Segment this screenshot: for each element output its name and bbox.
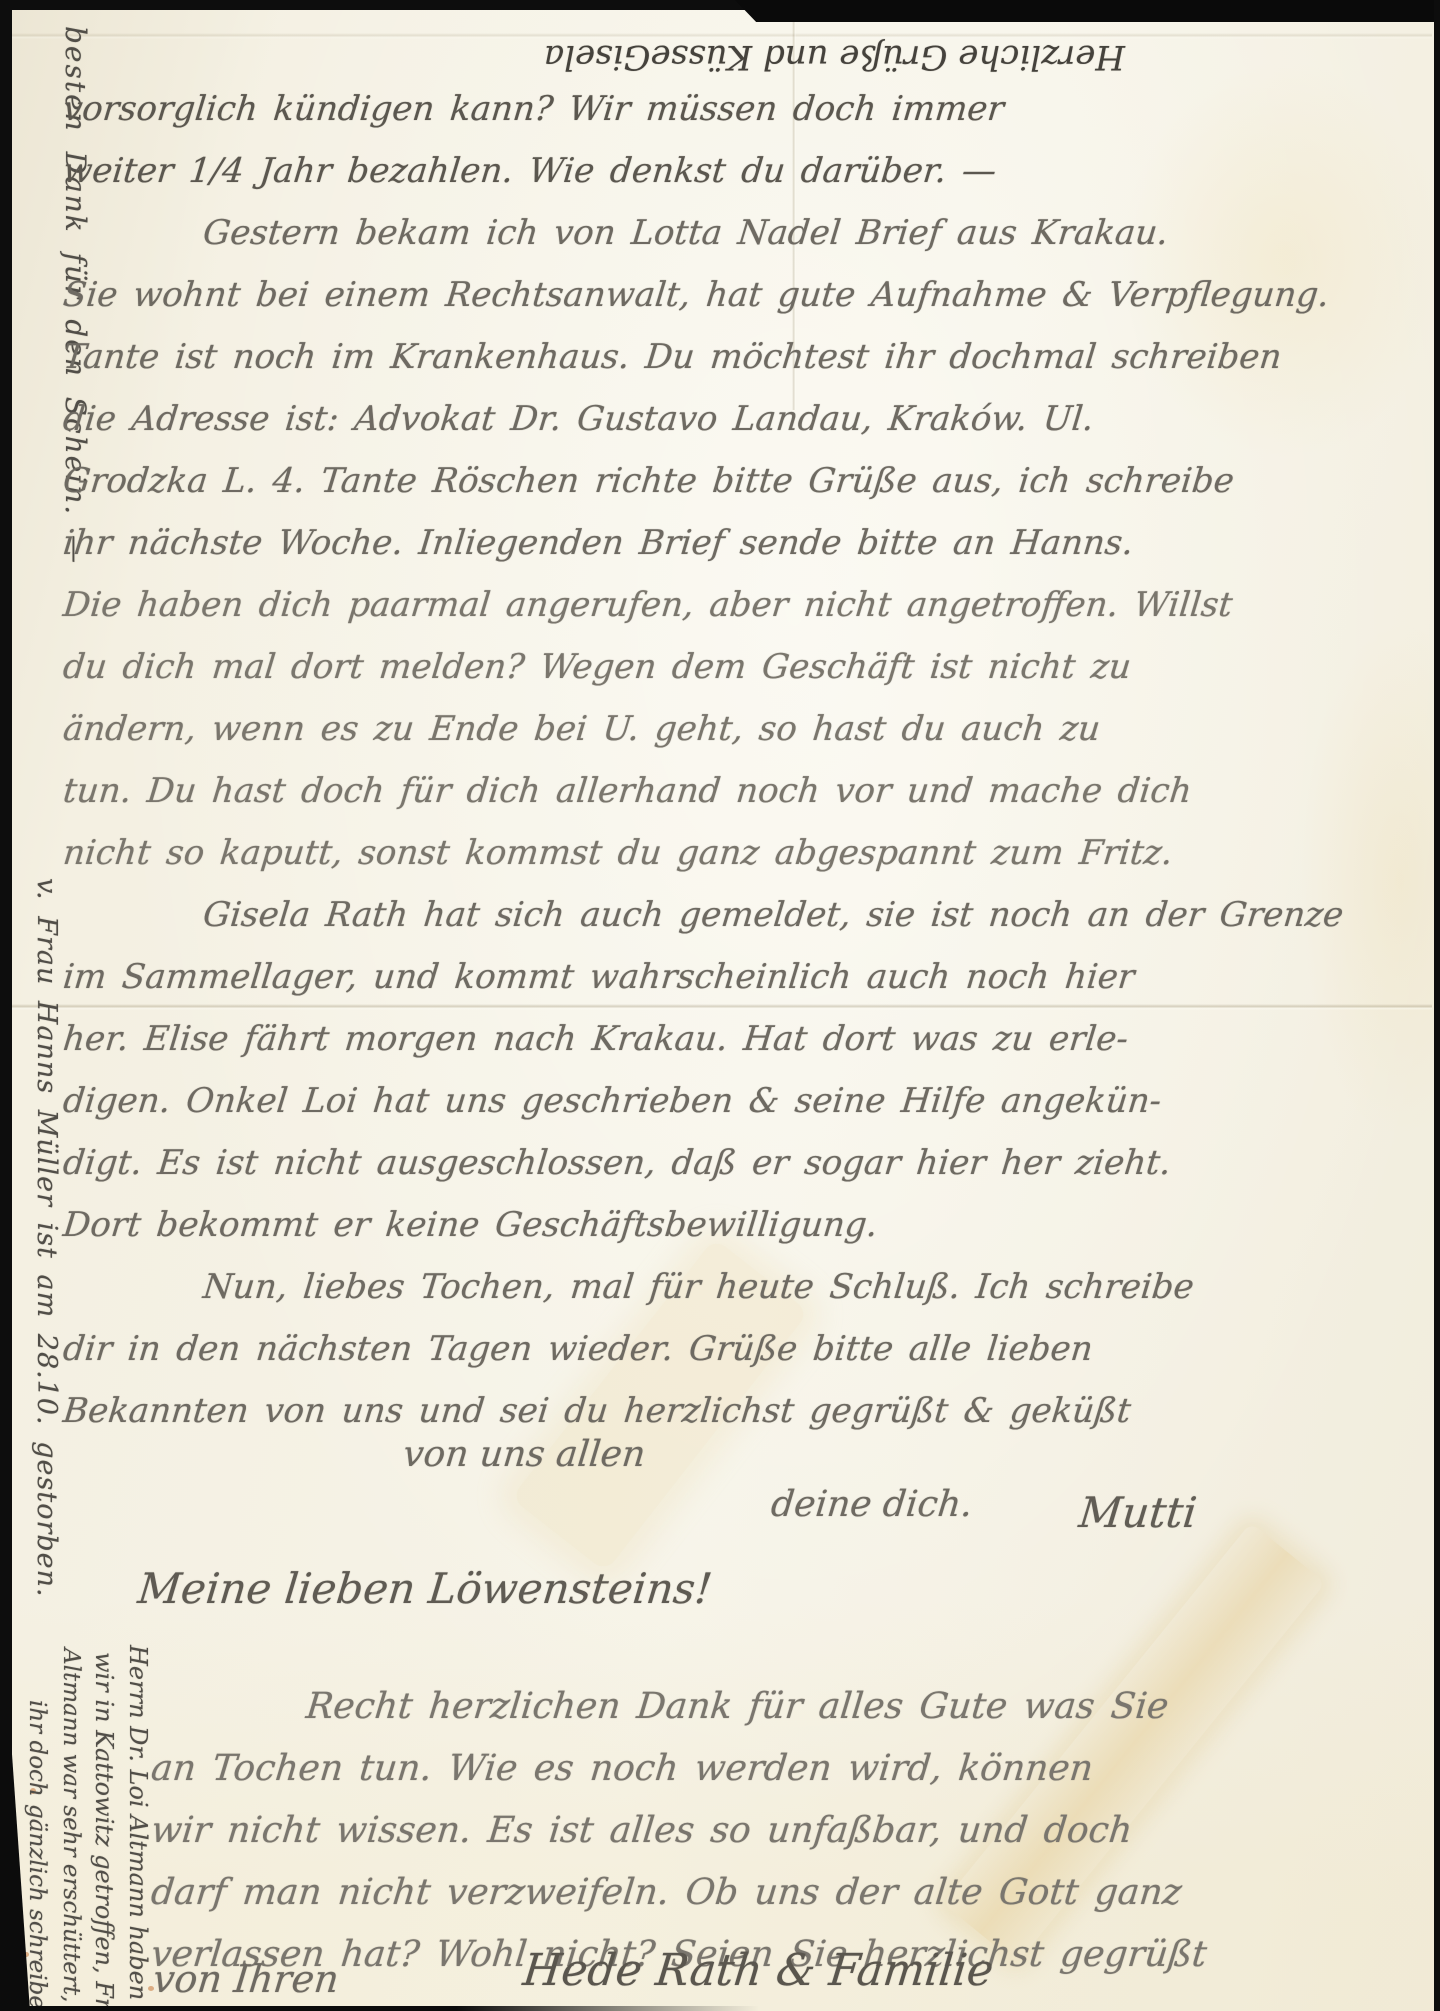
- closing-line: von Ihren: [150, 1948, 342, 2010]
- letter-body: vorsorglich kündigen kann? Wir müssen do…: [60, 78, 1180, 1442]
- salutation-loewensteins: Meine lieben Löwensteins!: [135, 1558, 715, 1620]
- letter-line: her. Elise fährt morgen nach Krakau. Hat…: [60, 1008, 1187, 1070]
- letter-line: vorsorglich kündigen kann? Wir müssen do…: [60, 78, 1187, 140]
- scan-edge-top-right: [735, 0, 1440, 22]
- letter-line: ihr nächste Woche. Inliegenden Brief sen…: [60, 512, 1187, 574]
- letter-line: ändern, wenn es zu Ende bei U. geht, so …: [60, 698, 1187, 760]
- closing-line: von uns allen: [400, 1424, 648, 1486]
- signature-hede-rath: Hede Rath & Familie: [520, 1940, 996, 2002]
- letter-line: tun. Du hast doch für dich allerhand noc…: [60, 760, 1187, 822]
- signature-mutti: Mutti: [1076, 1482, 1200, 1544]
- margin-note: Altmann war sehr erschüttert, könnt': [58, 1648, 84, 2011]
- closing-line: deine dich.: [768, 1474, 976, 1536]
- scan-edge-right: [1434, 0, 1440, 2011]
- scan-edge-left: [0, 0, 12, 2011]
- letter-line: darf man nicht verzweifeln. Ob uns der a…: [148, 1862, 1335, 1924]
- letter-line: im Sammellager, und kommt wahrscheinlich…: [60, 946, 1187, 1008]
- letter-line: nicht so kaputt, sonst kommst du ganz ab…: [60, 822, 1187, 884]
- margin-note: ihr doch gänzlich schreiben.: [24, 1700, 50, 2011]
- letter-line: Dort bekommt er keine Geschäftsbewilligu…: [60, 1194, 1187, 1256]
- letter-line: an Tochen tun. Wie es noch werden wird, …: [148, 1738, 1335, 1800]
- scan-edge-bottom: [0, 2006, 760, 2011]
- letter-line: Nun, liebes Tochen, mal für heute Schluß…: [60, 1256, 1187, 1318]
- letter-line: Sie wohnt bei einem Rechtsanwalt, hat gu…: [60, 264, 1187, 326]
- letter-line: du dich mal dort melden? Wegen dem Gesch…: [60, 636, 1187, 698]
- letter-line: wir nicht wissen. Es ist alles so unfaßb…: [148, 1800, 1335, 1862]
- margin-note: wir in Kattowitz getroffen, Frau: [90, 1652, 118, 2011]
- letter-line: digt. Es ist nicht ausgeschlossen, daß e…: [60, 1132, 1187, 1194]
- letter-line: Grodzka L. 4. Tante Röschen richte bitte…: [60, 450, 1187, 512]
- inverted-greeting-name: Gisela: [544, 37, 651, 77]
- letter-line: Tante ist noch im Krankenhaus. Du möchte…: [60, 326, 1187, 388]
- letter-line: Gestern bekam ich von Lotta Nadel Brief …: [60, 202, 1187, 264]
- letter-line: die Adresse ist: Advokat Dr. Gustavo Lan…: [60, 388, 1187, 450]
- inverted-greeting-text: Herzliche Grüße und Küsse: [651, 37, 1125, 77]
- letter-line: Gisela Rath hat sich auch gemeldet, sie …: [60, 884, 1187, 946]
- scanned-letter-page: Herzliche Grüße und Küsse Gisela besten …: [0, 0, 1440, 2011]
- letter-line: dir in den nächsten Tagen wieder. Grüße …: [60, 1318, 1187, 1380]
- margin-note: v. Frau Hanns Müller ist am 28.10. gesto…: [31, 878, 62, 1658]
- letter-line: weiter 1/4 Jahr bezahlen. Wie denkst du …: [60, 140, 1187, 202]
- letter-line: Die haben dich paarmal angerufen, aber n…: [60, 574, 1187, 636]
- letter-line: Recht herzlichen Dank für alles Gute was…: [148, 1676, 1335, 1738]
- letter-line: digen. Onkel Loi hat uns geschrieben & s…: [60, 1070, 1187, 1132]
